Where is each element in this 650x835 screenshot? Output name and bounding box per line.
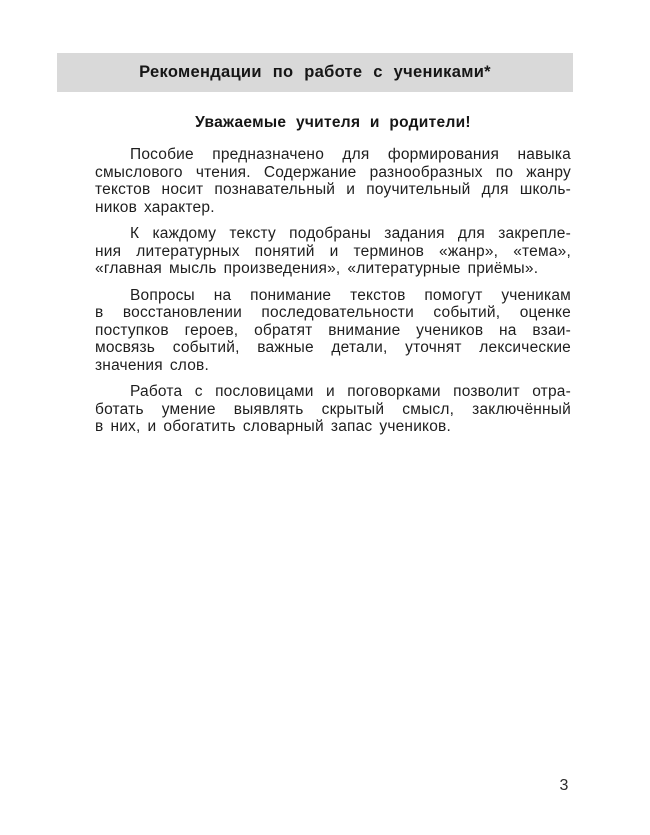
book-page: Рекомендации по работе с учениками* Уваж…: [0, 0, 650, 835]
paragraph: Вопросы на понимание текстов помогут уче…: [95, 287, 571, 375]
text-line: К каждому тексту подобраны задания для з…: [95, 225, 571, 243]
content-area: Уважаемые учителя и родители! Пособие пр…: [95, 113, 571, 445]
text-line: смыслового чтения. Содержание разнообраз…: [95, 164, 571, 182]
text-line: Пособие предназначено для формирования н…: [95, 146, 571, 164]
salutation-heading: Уважаемые учителя и родители!: [95, 113, 571, 133]
text-line: поступков героев, обратят внимание учени…: [95, 322, 571, 340]
paragraph: Работа с пословицами и поговорками позво…: [95, 383, 571, 436]
text-line: ботать умение выявлять скрытый смысл, за…: [95, 401, 571, 419]
text-line: текстов носит познавательный и поучитель…: [95, 181, 571, 199]
paragraph: К каждому тексту подобраны задания для з…: [95, 225, 571, 278]
paragraph: Пособие предназначено для формирования н…: [95, 146, 571, 216]
text-line: в восстановлении последовательности собы…: [95, 304, 571, 322]
text-line: значения слов.: [95, 357, 571, 375]
body-paragraphs: Пособие предназначено для формирования н…: [95, 146, 571, 436]
section-header-title: Рекомендации по работе с учениками*: [139, 63, 491, 82]
section-header: Рекомендации по работе с учениками*: [57, 53, 573, 92]
text-line: ников характер.: [95, 199, 571, 217]
page-number: 3: [552, 777, 576, 795]
text-line: мосвязь событий, важные детали, уточнят …: [95, 339, 571, 357]
text-line: «главная мысль произведения», «литератур…: [95, 260, 571, 278]
text-line: в них, и обогатить словарный запас учени…: [95, 418, 571, 436]
text-line: Вопросы на понимание текстов помогут уче…: [95, 287, 571, 305]
text-line: ния литературных понятий и терминов «жан…: [95, 243, 571, 261]
text-line: Работа с пословицами и поговорками позво…: [95, 383, 571, 401]
